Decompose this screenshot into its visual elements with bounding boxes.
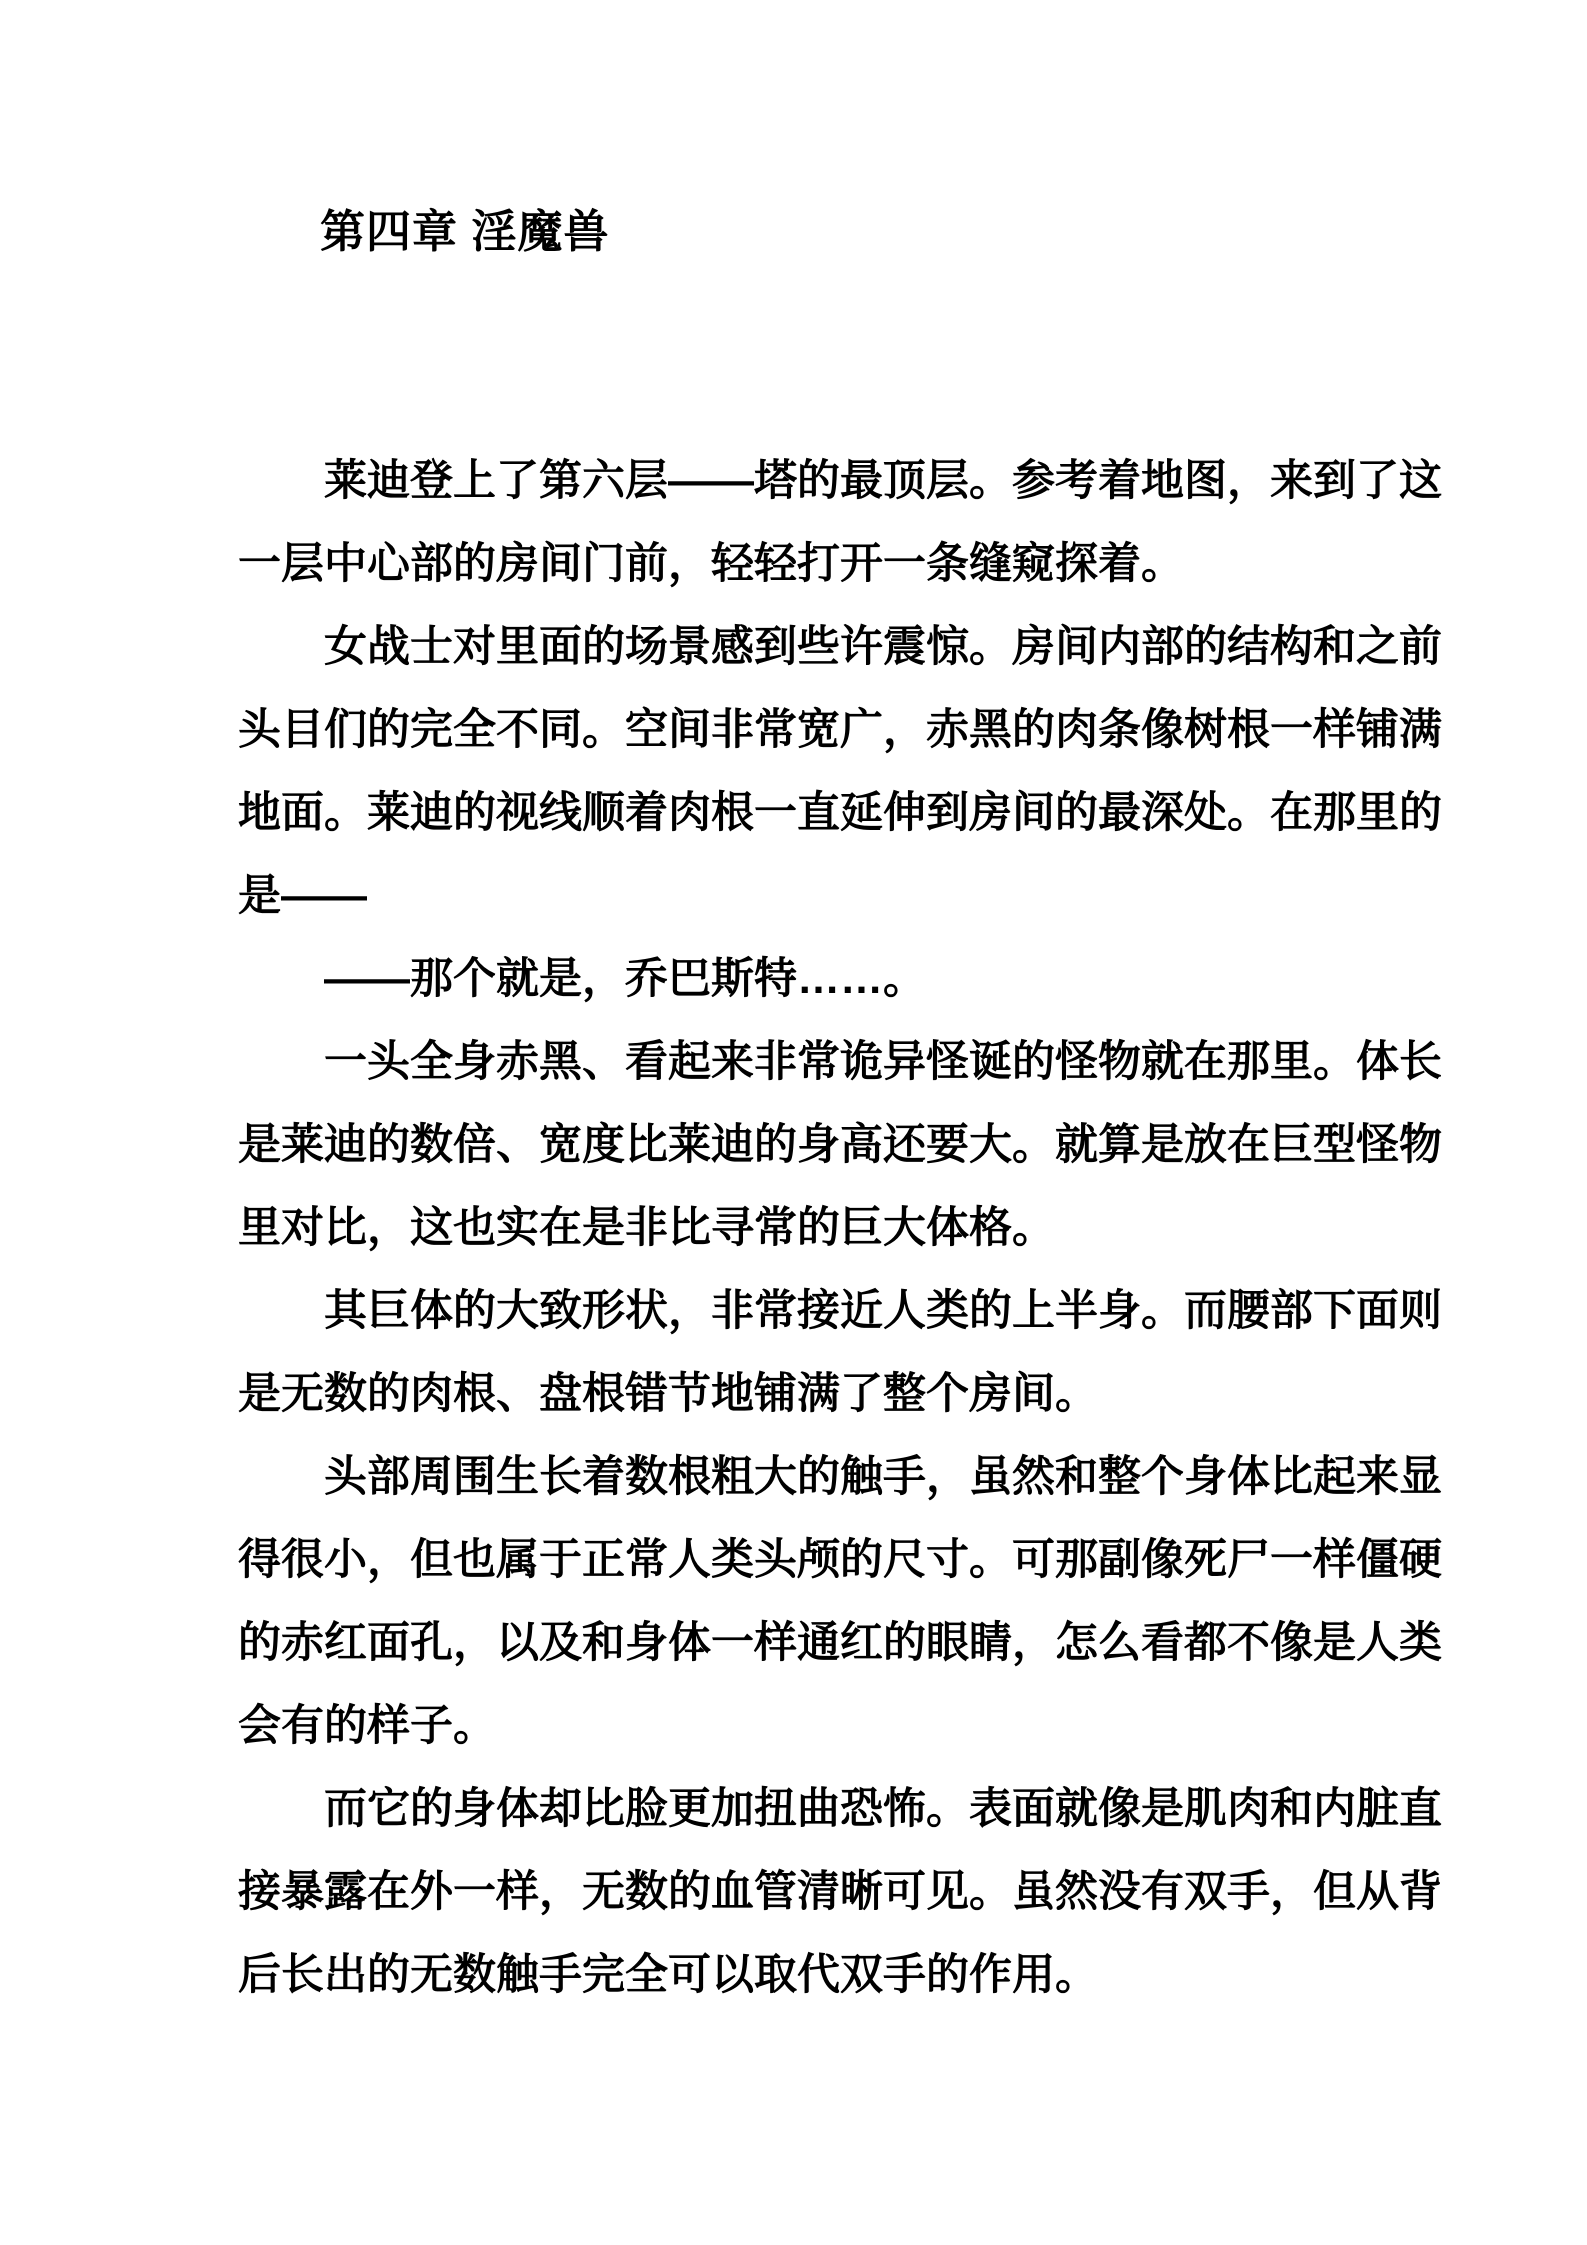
body-text: 莱迪登上了第六层——塔的最顶层。参考着地图，来到了这一层中心部的房间门前，轻轻打…	[238, 440, 1468, 2017]
text-line: 地面。莱迪的视线顺着肉根一直延伸到房间的最深处。在那里的	[238, 772, 1468, 855]
text-line: 其巨体的大致形状，非常接近人类的上半身。而腰部下面则	[238, 1270, 1468, 1353]
document-page: 第四章 淫魔兽 莱迪登上了第六层——塔的最顶层。参考着地图，来到了这一层中心部的…	[0, 0, 1587, 2245]
text-line: 头部周围生长着数根粗大的触手，虽然和整个身体比起来显	[238, 1436, 1468, 1519]
text-line: 的赤红面孔，以及和身体一样通红的眼睛，怎么看都不像是人类	[238, 1602, 1468, 1685]
text-line: 而它的身体却比脸更加扭曲恐怖。表面就像是肌肉和内脏直	[238, 1768, 1468, 1851]
text-line: 是无数的肉根、盘根错节地铺满了整个房间。	[238, 1353, 1468, 1436]
text-line: ——那个就是，乔巴斯特……。	[238, 938, 1468, 1021]
text-line: 女战士对里面的场景感到些许震惊。房间内部的结构和之前	[238, 606, 1468, 689]
text-line: 莱迪登上了第六层——塔的最顶层。参考着地图，来到了这	[238, 440, 1468, 523]
text-line: 头目们的完全不同。空间非常宽广，赤黑的肉条像树根一样铺满	[238, 689, 1468, 772]
text-line: 后长出的无数触手完全可以取代双手的作用。	[238, 1934, 1468, 2017]
text-line: 是——	[238, 855, 1468, 938]
text-line: 会有的样子。	[238, 1685, 1468, 1768]
text-line: 得很小，但也属于正常人类头颅的尺寸。可那副像死尸一样僵硬	[238, 1519, 1468, 1602]
text-line: 是莱迪的数倍、宽度比莱迪的身高还要大。就算是放在巨型怪物	[238, 1104, 1468, 1187]
text-line: 接暴露在外一样，无数的血管清晰可见。虽然没有双手，但从背	[238, 1851, 1468, 1934]
chapter-title: 第四章 淫魔兽	[320, 208, 610, 256]
text-line: 一头全身赤黑、看起来非常诡异怪诞的怪物就在那里。体长	[238, 1021, 1468, 1104]
text-line: 里对比，这也实在是非比寻常的巨大体格。	[238, 1187, 1468, 1270]
text-line: 一层中心部的房间门前，轻轻打开一条缝窥探着。	[238, 523, 1468, 606]
